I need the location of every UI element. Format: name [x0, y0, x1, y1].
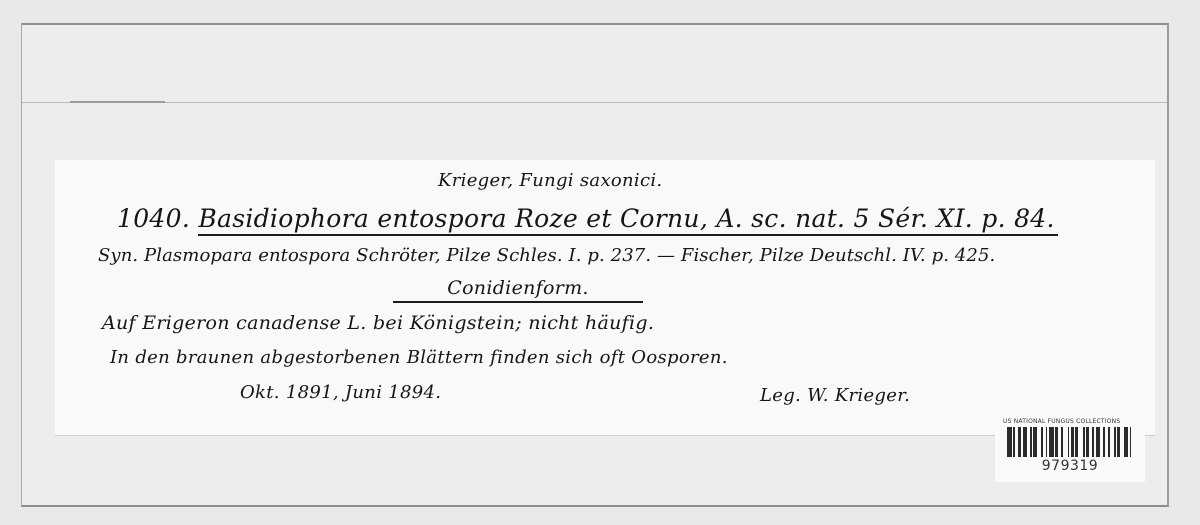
- fold-mark: [70, 101, 165, 103]
- note-line: In den braunen abgestorbenen Blättern fi…: [110, 347, 728, 368]
- barcode-number: 979319: [995, 458, 1145, 474]
- synonym-line: Syn. Plasmopara entospora Schröter, Pilz…: [98, 245, 995, 266]
- barcode-header: US NATIONAL FUNGUS COLLECTIONS: [1003, 418, 1120, 425]
- section-title: Conidienform.: [393, 277, 643, 303]
- species-line: 1040. Basidiophora entospora Roze et Cor…: [117, 204, 1058, 236]
- fold-line: [22, 102, 1167, 103]
- collection-date: Okt. 1891, Juni 1894.: [240, 382, 441, 403]
- barcode-icon: [1007, 427, 1135, 457]
- specimen-number: 1040.: [117, 204, 190, 233]
- barcode-label: US NATIONAL FUNGUS COLLECTIONS 979319: [995, 407, 1145, 482]
- collector: Leg. W. Krieger.: [760, 385, 910, 406]
- collection-header: Krieger, Fungi saxonici.: [438, 170, 662, 191]
- species-citation: Basidiophora entospora Roze et Cornu, A.…: [198, 204, 1058, 236]
- barcode-bar: [1131, 427, 1134, 457]
- locality-line: Auf Erigeron canadense L. bei Königstein…: [102, 312, 654, 334]
- specimen-label: Krieger, Fungi saxonici. 1040. Basidioph…: [55, 160, 1155, 436]
